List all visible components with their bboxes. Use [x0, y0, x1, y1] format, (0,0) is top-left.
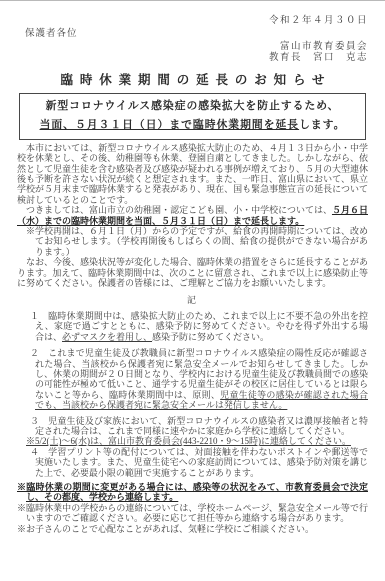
sender-block: 富山市教育委員会 教育長 宮口 克志	[17, 42, 368, 65]
footer-note-change: ※臨時休業の期間に変更がある場合には、感染等の状況をみて、市教育委員会で決定し、…	[17, 482, 368, 503]
notice-box-line2: 当面、５月３１日（日）まで臨時休業期間を延長します。	[24, 119, 361, 132]
list-item-1-number: １	[30, 311, 39, 321]
notice-box-line1: 新型コロナウイルス感染症の感染拡大を防止するため、	[24, 100, 361, 113]
list-item-2: ２これまで児童生徒及び教職員に新型コロナウイルス感染症の陽性反応が確認された場合…	[30, 348, 368, 410]
list-item-4-number: ４	[30, 447, 39, 457]
notice-box-line1-text: 新型コロナウイルス感染症の感染拡大を防止するため、	[46, 100, 340, 112]
list-item-4: ４学習プリント等の配付については、対面接触を伴わないポストインや郵送等で実施いた…	[30, 447, 368, 478]
footer-note-contact: ※臨時休業中の学校からの連絡については、学校ホームページ、緊急安全メール等で行い…	[17, 503, 368, 524]
paragraph-background: 本市においては、新型コロナウイルス感染拡大防止のため、４月１３日から小・中学校を…	[17, 143, 368, 205]
list-item-1-rest: 感染予防に努めてください。	[152, 332, 269, 342]
sender-organization: 富山市教育委員会	[17, 42, 368, 54]
sender-person: 教育長 宮口 克志	[17, 53, 368, 65]
list-item-4-text: 学習プリント等の配付については、対面接触を伴わないポストインや郵送等で実施いたし…	[35, 447, 368, 478]
ki-heading: 記	[17, 295, 368, 305]
paragraph-request: なお、今後、感染状況等が変化した場合、臨時休業の措置をさらに延長することがありま…	[17, 257, 368, 288]
document-title: 臨時休業期間の延長のお知らせ	[17, 73, 368, 88]
document-date: 令和２年４月３０日	[17, 16, 368, 26]
notice-box-line2-underlined: 当面、５月３１日（日）まで臨時休業期間を延長	[40, 119, 300, 131]
paragraph-extension: つきましては、富山市立の幼稚園・認定こども園、小・中学校については、５月６日（水…	[17, 205, 368, 226]
list-item-3-note: ※5/2(土)～6(水)は、富山市教育委員会(443-2210・9～15時)に連…	[26, 436, 368, 446]
list-item-3-number: ３	[30, 416, 39, 426]
list-item-3-text: 児童生徒及び家族において、新型コロナウイルスの感染者又は濃厚接触者と特定された場…	[35, 416, 368, 436]
notice-box-line2-rest: します。	[299, 119, 345, 131]
list-item-2-number: ２	[30, 348, 39, 358]
footer-note-consult: ※お子さんのことで心配なことがあれば、気軽に学校にご相談ください。	[17, 524, 368, 534]
notice-box: 新型コロナウイルス感染症の感染拡大を防止するため、 当面、５月３１日（日）まで臨…	[19, 93, 366, 140]
list-item-1: １臨時休業期間中は、感染拡大防止のため、これまで以上に不要不急の外出を控え、家庭…	[30, 311, 368, 342]
list-item-3: ３児童生徒及び家族において、新型コロナウイルスの感染者又は濃厚接触者と特定された…	[30, 416, 368, 437]
footer-notes: ※臨時休業の期間に変更がある場合には、感染等の状況をみて、市教育委員会で決定し、…	[17, 482, 368, 534]
paragraph-reopen-note: ※学校再開は、６月１日（月）からの予定ですが、給食の再開時期については、改めてお…	[17, 226, 368, 257]
recipient-line: 保護者各位	[25, 29, 368, 39]
paragraph-extension-lead: つきましては、富山市立の幼稚園・認定こども園、小・中学校については、	[26, 205, 332, 215]
list-item-1-underlined: 必ずマスクを着用し、	[62, 332, 152, 342]
document-page: 令和２年４月３０日 保護者各位 富山市教育委員会 教育長 宮口 克志 臨時休業期…	[0, 0, 385, 581]
